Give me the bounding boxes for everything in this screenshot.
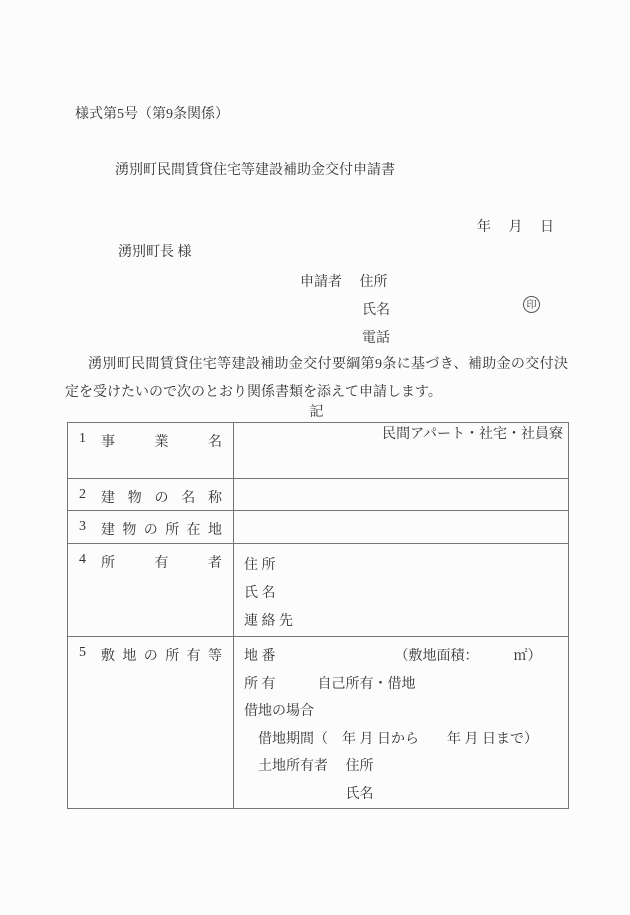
row-label: 建物の所在地: [101, 519, 222, 539]
applicant-address-line: 申請者 住所: [300, 271, 388, 291]
applicant-phone-label: 電話: [362, 327, 390, 347]
row-value-cell: 地 番 （敷地面積： ㎡） 所 有 自己所有・借地 借地の場合 借地期間（ 年 …: [234, 637, 569, 809]
row-label: 建物の名称: [101, 487, 222, 507]
site-lease-period-line: 借地期間（ 年 月 日から 年 月 日まで）: [244, 726, 568, 754]
form-number: 様式第5号（第9条関係）: [75, 103, 229, 123]
owner-name-line: 氏 名: [244, 580, 568, 608]
site-landowner-name-line: 氏名: [244, 781, 568, 809]
owner-contact-line: 連 絡 先: [244, 608, 568, 636]
application-table: 1 事業名 民間アパート・社宅・社員寮 2 建物の名称 3 建物の所在: [67, 422, 569, 809]
row-label-cell: 1 事業名: [68, 423, 234, 479]
row-label: 所有者: [101, 552, 222, 572]
site-ownership-line: 所 有 自己所有・借地: [244, 671, 568, 699]
seal-mark: 印: [523, 296, 540, 313]
applicant-name-label: 氏名: [362, 299, 390, 319]
row-label-cell: 3 建物の所在地: [68, 511, 234, 544]
row-number: 5: [79, 645, 101, 665]
site-landowner-address-line: 土地所有者 住所: [244, 753, 568, 781]
row-label-cell: 4 所有者: [68, 544, 234, 637]
document-page: 様式第5号（第9条関係） 湧別町民間賃貸住宅等建設補助金交付申請書 年 月 日 …: [0, 0, 630, 915]
table-row: 1 事業名 民間アパート・社宅・社員寮: [68, 423, 569, 479]
owner-address-line: 住 所: [244, 552, 568, 580]
addressee: 湧別町長 様: [118, 241, 192, 261]
document-title: 湧別町民間賃貸住宅等建設補助金交付申請書: [115, 159, 395, 179]
business-type-options: 民間アパート・社宅・社員寮: [234, 423, 568, 447]
row-number: 2: [79, 487, 101, 507]
row-label: 敷地の所有等: [101, 645, 222, 665]
row-value-cell: 民間アパート・社宅・社員寮: [234, 423, 569, 479]
row-value-cell: [234, 479, 569, 511]
row-label-cell: 2 建物の名称: [68, 479, 234, 511]
date-line: 年 月 日: [477, 216, 554, 236]
table-row: 5 敷地の所有等 地 番 （敷地面積： ㎡） 所 有 自己所有・借地 借地の場合…: [68, 637, 569, 809]
site-leased-case-line: 借地の場合: [244, 698, 568, 726]
row-number: 1: [79, 431, 101, 451]
row-label-cell: 5 敷地の所有等: [68, 637, 234, 809]
site-lot-number-line: 地 番 （敷地面積： ㎡）: [244, 643, 568, 671]
row-value-cell: 住 所 氏 名 連 絡 先: [234, 544, 569, 637]
row-number: 4: [79, 552, 101, 572]
row-value-cell: [234, 511, 569, 544]
section-marker: 記: [65, 401, 568, 421]
table-row: 4 所有者 住 所 氏 名 連 絡 先: [68, 544, 569, 637]
body-paragraph: 湧別町民間賃貸住宅等建設補助金交付要綱第9条に基づき、補助金の交付決定を受けたい…: [65, 351, 568, 407]
row-number: 3: [79, 519, 101, 539]
table-row: 2 建物の名称: [68, 479, 569, 511]
row-label: 事業名: [101, 431, 222, 451]
table-row: 3 建物の所在地: [68, 511, 569, 544]
